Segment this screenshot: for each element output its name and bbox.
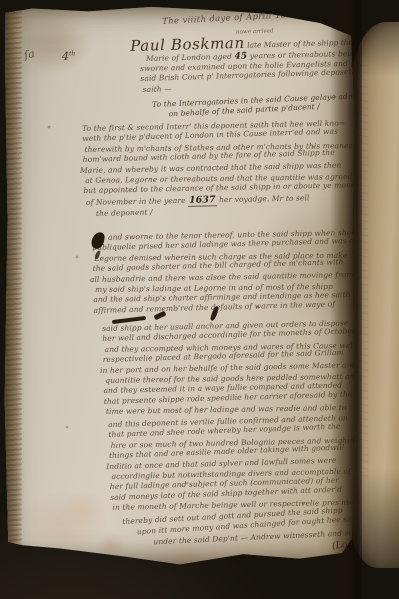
ink-specks <box>4 4 6 6</box>
text-fragment: late Master of the shipp the <box>245 38 353 50</box>
date-heading: The viiith daye of Aprill 1634 — <box>162 6 357 26</box>
margin-number-value: 4 <box>62 50 69 63</box>
text-fragment: her voyadge. Mr to sell <box>216 193 309 204</box>
manuscript-photo: The viiith daye of Aprill 1634 — ſa 4th … <box>0 0 399 599</box>
paragraph-1: To the first & second Interr' this depon… <box>82 118 355 196</box>
margin-entry-number: 4th <box>62 50 75 63</box>
catchword: (Lo <box>331 539 348 552</box>
margin-flourish: ſa <box>23 47 36 62</box>
paragraph-1-tail: the deponent / <box>96 208 153 220</box>
facing-page-edge <box>352 22 399 568</box>
age-value: 45 <box>234 52 247 62</box>
handwritten-text-layer: The viiith daye of Aprill 1634 — ſa 4th … <box>4 4 356 570</box>
deposition-intro: sworne and examined upon the holie Evang… <box>140 59 359 95</box>
interrogatories-subheading: To the Interrogatories in the said Cause… <box>152 91 365 121</box>
paragraph-4: and this deponent is verilie fullie conf… <box>108 413 363 514</box>
text-fragment: of November in the yeare <box>86 196 188 207</box>
manuscript-page: The viiith daye of Aprill 1634 — ſa 4th … <box>4 4 356 570</box>
paragraph-3: said shipp at her usuall anchor and give… <box>102 318 362 417</box>
paragraph-2: and sworne to the tenor thereof, unto th… <box>92 228 358 316</box>
margin-number-suffix: th <box>69 50 75 57</box>
year-value: 1637 <box>188 194 217 207</box>
